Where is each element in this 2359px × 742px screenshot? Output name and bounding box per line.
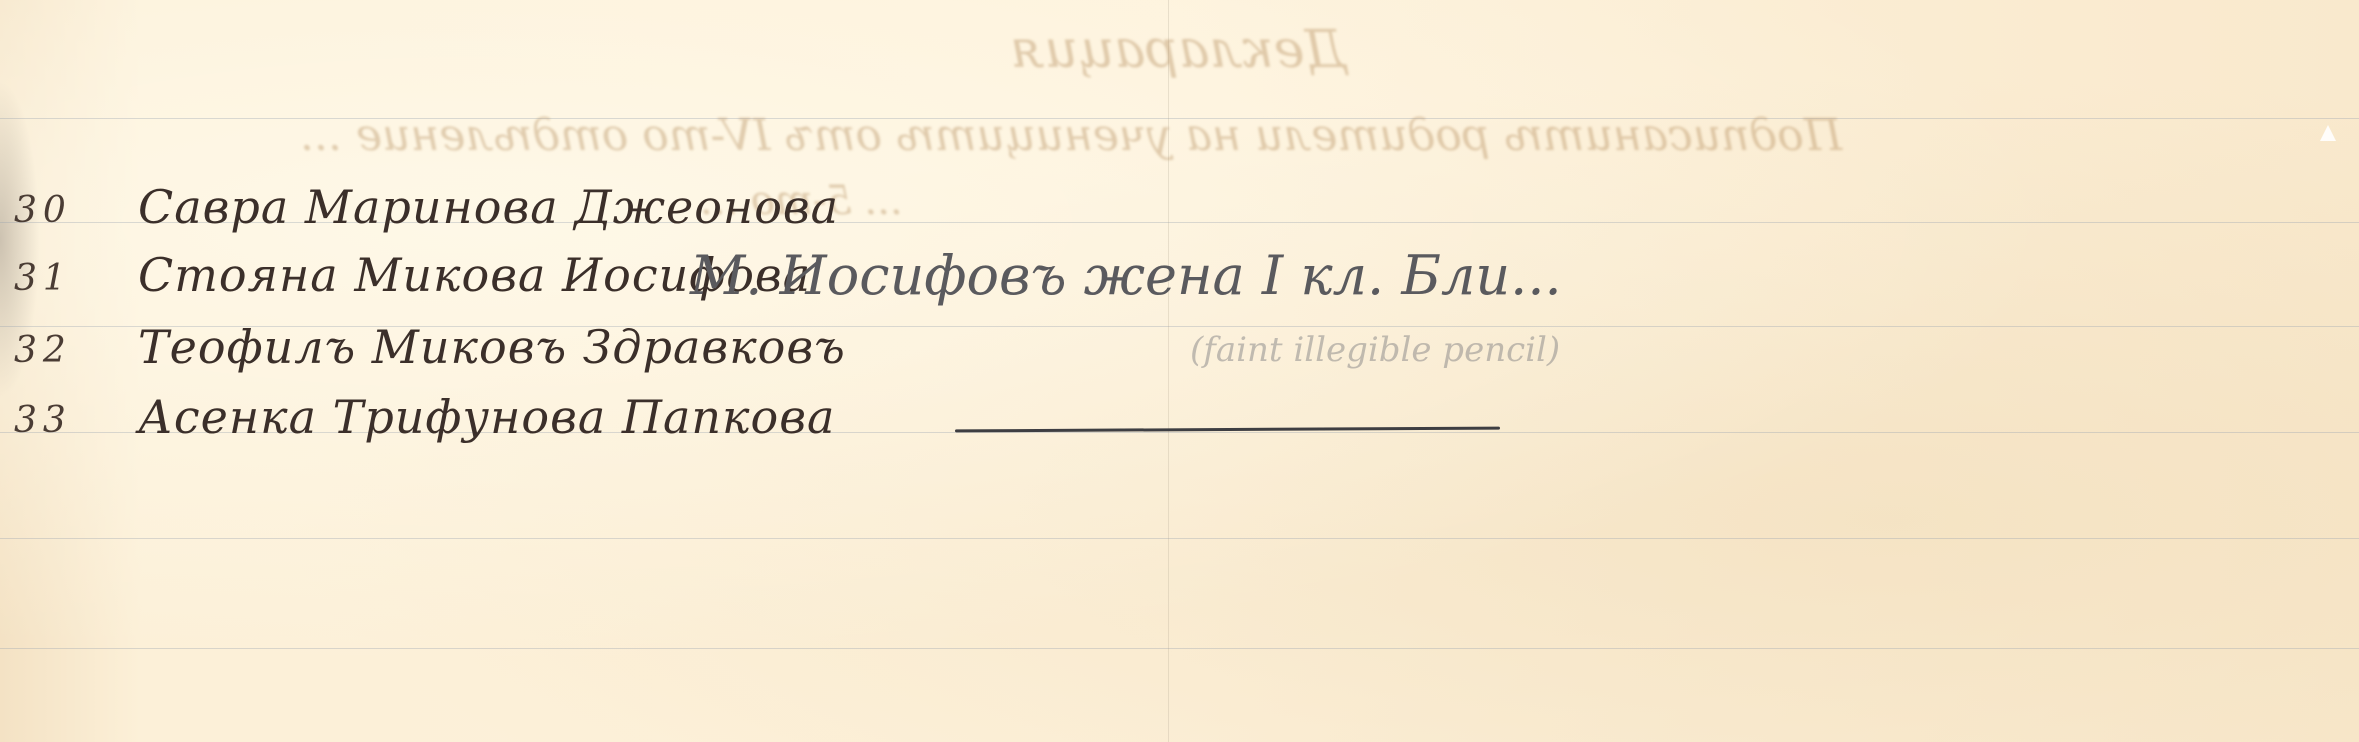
row-number: 31 [14, 258, 72, 299]
pencil-annotation: М. Иосифовъ жена I кл. Бли... [690, 244, 1562, 307]
ruled-line [0, 648, 2359, 649]
faint-pencil-annotation: (faint illegible pencil) [1190, 330, 1560, 370]
row-name: Теофилъ Миковъ Здравковъ [138, 320, 846, 374]
row-number: 32 [14, 330, 72, 371]
row-number: 33 [14, 400, 72, 441]
row-number: 30 [14, 190, 72, 231]
pencil-dash-line [955, 427, 1500, 433]
row-name: Асенка Трифунова Папкова [138, 390, 835, 444]
register-row: 33 Асенка Трифунова Папкова [0, 390, 2359, 470]
ruled-line [0, 538, 2359, 539]
register-row: 31 Стояна Микова Иосифова М. Иосифовъ же… [0, 248, 2359, 328]
bleed-through-line-1: Подписанитѣ родители на ученицитѣ отъ IV… [300, 110, 1842, 161]
paper-tear [2320, 125, 2336, 141]
bleed-through-heading: Декларация [1010, 20, 1347, 80]
row-name: Савра Маринова Джеонова [138, 180, 839, 234]
register-row: 32 Теофилъ Миковъ Здравковъ (faint illeg… [0, 320, 2359, 400]
